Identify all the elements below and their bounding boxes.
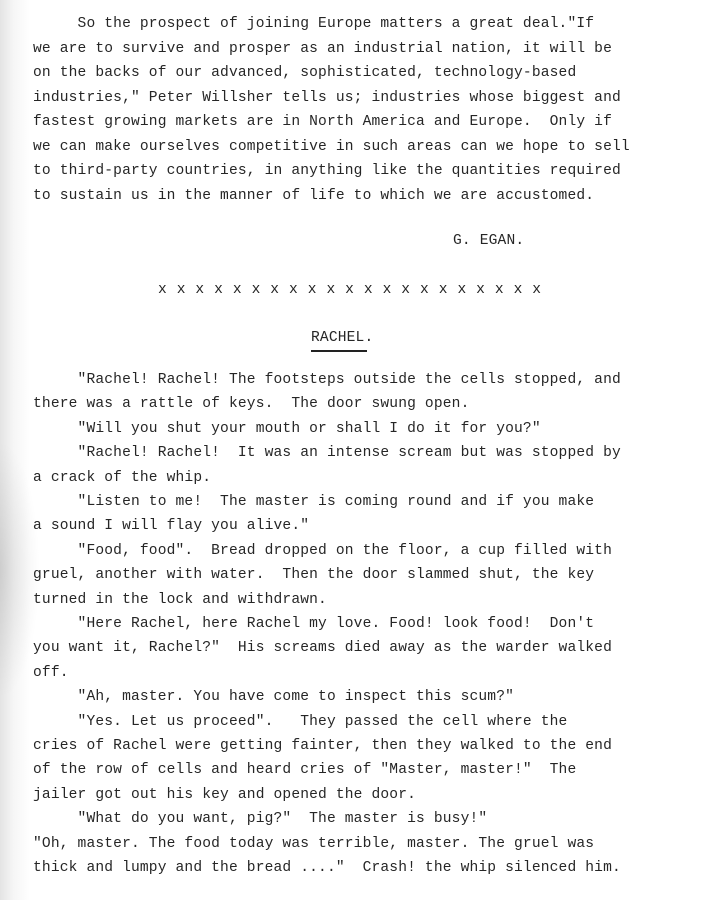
text-line: turned in the lock and withdrawn. bbox=[33, 588, 327, 612]
text-line: "Ah, master. You have come to inspect th… bbox=[33, 685, 514, 709]
text-line: to sustain us in the manner of life to w… bbox=[33, 184, 594, 208]
text-line: "Rachel! Rachel! It was an intense screa… bbox=[33, 441, 621, 465]
text-line: "Oh, master. The food today was terrible… bbox=[33, 832, 594, 856]
text-line: off. bbox=[33, 661, 69, 685]
text-line: thick and lumpy and the bread ...." Cras… bbox=[33, 856, 621, 880]
text-line: "Listen to me! The master is coming roun… bbox=[33, 490, 594, 514]
author-signature: G. EGAN. bbox=[453, 229, 524, 253]
typewritten-page: So the prospect of joining Europe matter… bbox=[0, 0, 702, 900]
title-underline bbox=[311, 350, 367, 352]
text-line: "Yes. Let us proceed". They passed the c… bbox=[33, 710, 567, 734]
text-line: So the prospect of joining Europe matter… bbox=[33, 12, 594, 36]
text-line: to third-party countries, in anything li… bbox=[33, 159, 621, 183]
text-line: "Will you shut your mouth or shall I do … bbox=[33, 417, 541, 441]
text-line: a crack of the whip. bbox=[33, 466, 211, 490]
text-line: we are to survive and prosper as an indu… bbox=[33, 37, 612, 61]
text-line: fastest growing markets are in North Ame… bbox=[33, 110, 612, 134]
text-line: "What do you want, pig?" The master is b… bbox=[33, 807, 487, 831]
text-line: industries," Peter Willsher tells us; in… bbox=[33, 86, 621, 110]
text-line: jailer got out his key and opened the do… bbox=[33, 783, 416, 807]
text-line: "Food, food". Bread dropped on the floor… bbox=[33, 539, 612, 563]
text-line: on the backs of our advanced, sophistica… bbox=[33, 61, 576, 85]
text-line: you want it, Rachel?" His screams died a… bbox=[33, 636, 612, 660]
text-line: we can make ourselves competitive in suc… bbox=[33, 135, 630, 159]
story-title: RACHEL. bbox=[311, 326, 373, 350]
text-line: of the row of cells and heard cries of "… bbox=[33, 758, 576, 782]
text-line: there was a rattle of keys. The door swu… bbox=[33, 392, 469, 416]
text-line: gruel, another with water. Then the door… bbox=[33, 563, 594, 587]
section-separator: x x x x x x x x x x x x x x x x x x x x … bbox=[158, 278, 542, 302]
text-line: "Here Rachel, here Rachel my love. Food!… bbox=[33, 612, 594, 636]
text-line: cries of Rachel were getting fainter, th… bbox=[33, 734, 612, 758]
text-line: "Rachel! Rachel! The footsteps outside t… bbox=[33, 368, 621, 392]
text-line: a sound I will flay you alive." bbox=[33, 514, 309, 538]
